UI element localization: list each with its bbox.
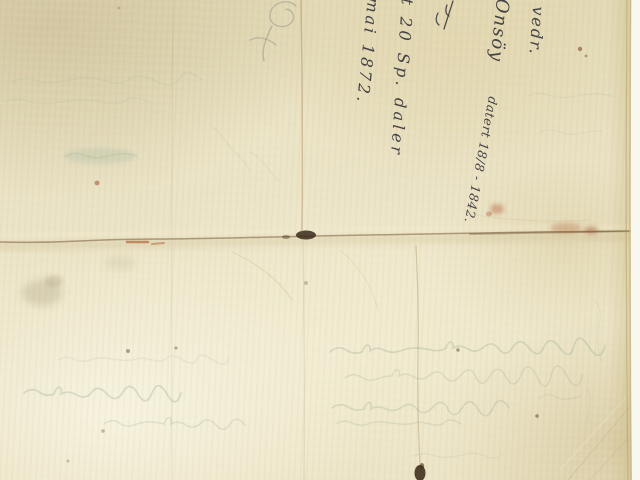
fold-creases [0,0,640,480]
bleedthrough-line [4,98,150,104]
fold-dark-blot [296,231,316,240]
fold-crease-vertical-centre-lower [303,240,304,480]
bleedthrough-line [24,386,181,402]
rust-fleck [95,181,100,186]
bleedthrough-line [12,72,202,84]
paper-right-edge [608,0,640,480]
fragment-stroke [444,1,453,29]
bleedthrough-line [210,125,250,171]
grey-smudge [104,256,136,270]
bleedthrough-line [414,453,502,457]
cutoff-word-fragment [436,1,453,29]
bleedthrough-line [336,420,461,425]
fold-rust-dash [152,243,164,244]
wrinkle-line [340,250,378,310]
rust-stain [584,226,598,234]
bleedthrough-line [594,300,602,362]
bleedthrough-line [528,93,612,97]
scanner-background [631,0,640,480]
bleedthrough-line [332,401,509,416]
pencil-doodle-stroke [270,2,296,27]
pencil-doodle [250,2,296,61]
bleedthrough-line [540,130,602,134]
bleedthrough-line [58,355,228,364]
bleedthrough-line [345,366,582,386]
grey-smudge [45,275,63,287]
ink-annotation: vedr. Onsöy datert 18/8 - 1842. t 20 Sp.… [353,0,548,224]
brown-fleck [456,348,459,351]
bleedthrough-line [330,338,605,355]
rust-stain [550,223,582,233]
brown-fleck [67,460,70,463]
brown-fleck [101,429,105,433]
brown-fleck [535,414,539,418]
fold-crease-vertical-lower-right [416,246,420,466]
annotation-line-amount: t 20 Sp. daler [387,0,417,158]
bleedthrough-line [250,152,278,180]
bleedthrough-line [540,394,581,399]
bleedthrough-handwriting [4,72,612,457]
rust-stain [486,212,492,217]
brown-fleck [126,349,130,353]
rust-fleck [578,47,582,51]
annotation-line-place: Onsöy [485,0,513,63]
fold-dark-blot-small [282,235,290,239]
brown-fleck [118,7,121,10]
bleedthrough-line [586,388,591,422]
wrinkle-line [232,252,292,300]
bleedthrough-smudge [64,148,136,164]
fragment-stroke [436,13,439,25]
scanned-document: vedr. Onsöy datert 18/8 - 1842. t 20 Sp.… [0,0,640,480]
scan-overlay: vedr. Onsöy datert 18/8 - 1842. t 20 Sp.… [0,0,640,480]
bleedthrough-line [104,418,245,430]
brown-fleck [174,346,177,349]
brown-fleck [304,281,308,285]
pencil-doodle-stroke [263,26,272,61]
rust-stain [490,204,504,214]
rust-fleck [585,55,588,58]
ink-blot [420,463,424,469]
annotation-line-date: mai 1872. [353,0,383,106]
annotation-line-vedr: vedr. [526,6,548,57]
pencil-doodle-stroke [250,38,276,45]
fold-crease-vertical-centre [301,0,302,232]
